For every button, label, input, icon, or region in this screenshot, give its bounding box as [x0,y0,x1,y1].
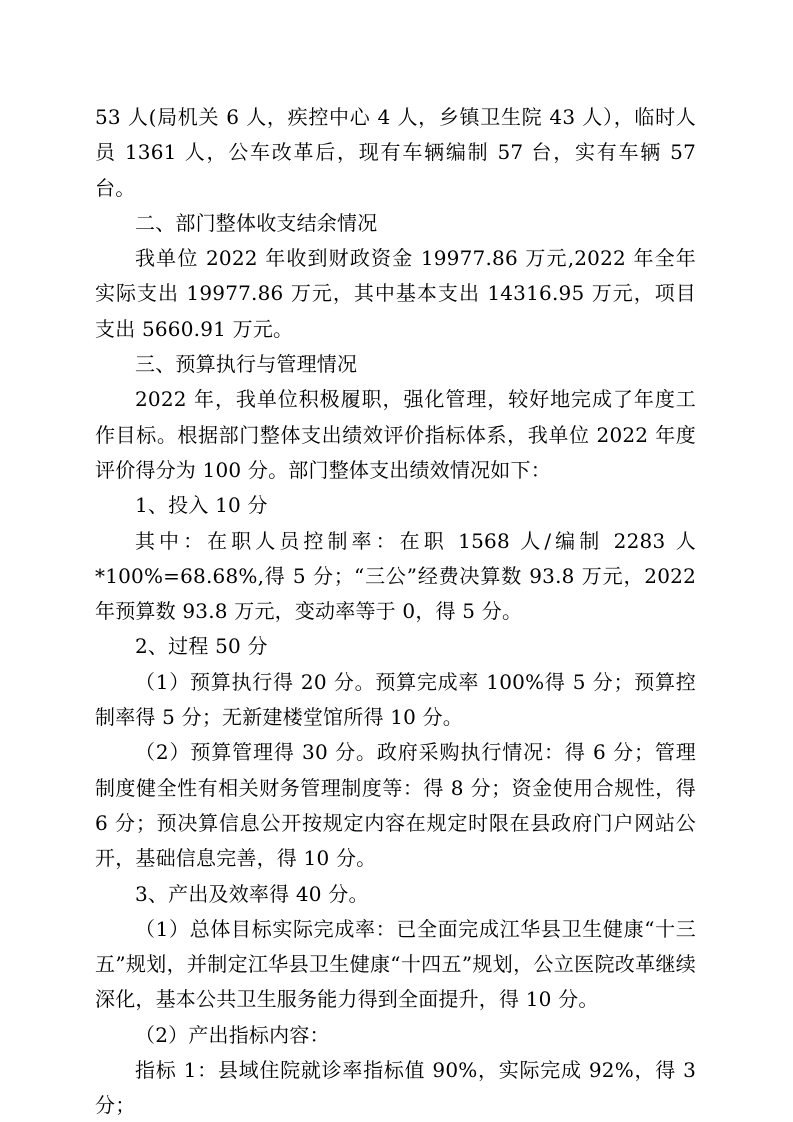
section-heading-revenue-expenditure: 二、部门整体收支结余情况 [95,206,696,241]
section-heading-budget-management: 三、预算执行与管理情况 [95,347,696,382]
paragraph-budget-management-detail: （2）预算管理得 30 分。政府采购执行情况：得 6 分；管理制度健全性有相关财… [95,735,696,876]
paragraph-staffing-continuation: 53 人(局机关 6 人，疾控中心 4 人，乡镇卫生院 43 人），临时人员 1… [95,100,696,206]
subsection-heading-input-score: 1、投入 10 分 [95,488,696,523]
paragraph-evaluation-overview: 2022 年，我单位积极履职，强化管理，较好地完成了年度工作目标。根据部门整体支… [95,382,696,488]
subsection-heading-output-score: 3、产出及效率得 40 分。 [95,877,696,912]
document-page: 53 人(局机关 6 人，疾控中心 4 人，乡镇卫生院 43 人），临时人员 1… [0,0,793,1122]
paragraph-overall-goal-completion: （1）总体目标实际完成率：已全面完成江华县卫生健康“十三五”规划，并制定江华县卫… [95,912,696,1018]
paragraph-output-indicator-heading: （2）产出指标内容： [95,1018,696,1053]
document-text-block: 53 人(局机关 6 人，疾控中心 4 人，乡镇卫生院 43 人），临时人员 1… [95,100,696,1122]
paragraph-indicator-1: 指标 1：县域住院就诊率指标值 90%，实际完成 92%，得 3 分； [95,1053,696,1122]
paragraph-funds-summary: 我单位 2022 年收到财政资金 19977.86 万元,2022 年全年实际支… [95,241,696,347]
paragraph-input-detail: 其中：在职人员控制率：在职 1568 人/编制 2283 人*100%=68.6… [95,524,696,630]
subsection-heading-process-score: 2、过程 50 分 [95,629,696,664]
paragraph-budget-execution: （1）预算执行得 20 分。预算完成率 100%得 5 分；预算控制率得 5 分… [95,665,696,736]
